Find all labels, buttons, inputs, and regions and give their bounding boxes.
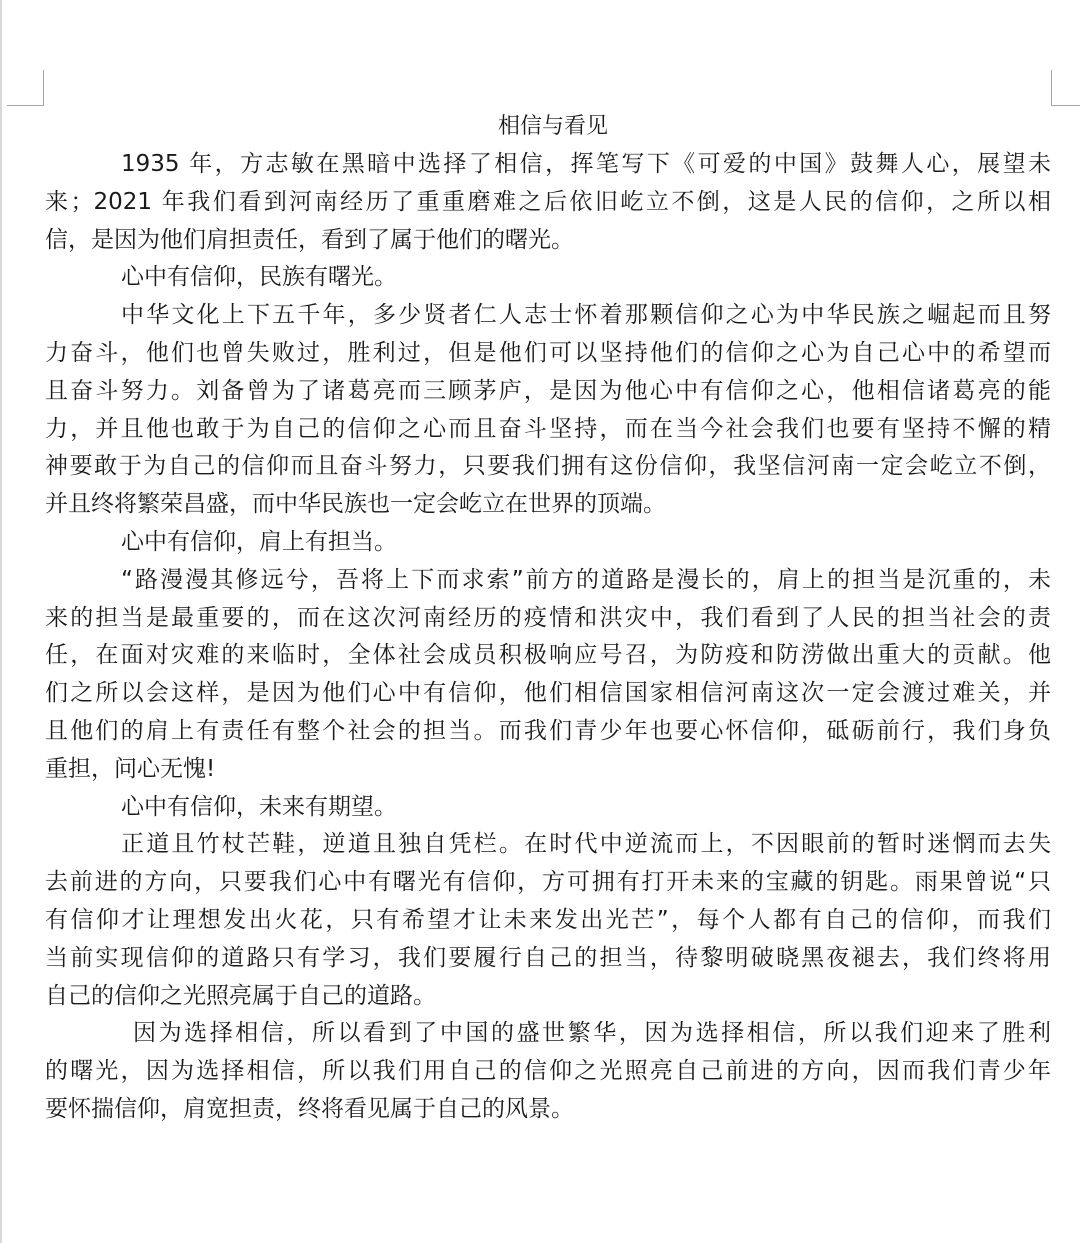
text-line: 神要敢于为自己的信仰而且奋斗努力，只要我们拥有这份信仰，我坚信河南一定会屹立不倒… xyxy=(45,448,1051,486)
text-line: 1935 年，方志敏在黑暗中选择了相信，挥笔写下《可爱的中国》鼓舞人心，展望未 xyxy=(45,146,1051,184)
text-line: 力奋斗，他们也曾失败过，胜利过，但是他们可以坚持他们的信仰之心为自己心中的希望而 xyxy=(45,335,1051,373)
document-body: 相信与看见 1935 年，方志敏在黑暗中选择了相信，挥笔写下《可爱的中国》鼓舞人… xyxy=(45,108,1051,1129)
text-line: 正道且竹杖芒鞋，逆道且独自凭栏。在时代中逆流而上，不因眼前的暂时迷惘而去失 xyxy=(45,826,1051,864)
paragraph-4: 正道且竹杖芒鞋，逆道且独自凭栏。在时代中逆流而上，不因眼前的暂时迷惘而去失 去前… xyxy=(45,826,1051,1015)
text-line: 来；2021 年我们看到河南经历了重重磨难之后依旧屹立不倒，这是人民的信仰，之所… xyxy=(45,184,1051,222)
paragraph-conclusion: 因为选择相信，所以看到了中国的盛世繁华，因为选择相信，所以我们迎来了胜利 的曙光… xyxy=(45,1015,1051,1128)
paragraph-heading-2: 心中有信仰，肩上有担当。 xyxy=(45,524,1051,562)
text-line: 因为选择相信，所以看到了中国的盛世繁华，因为选择相信，所以我们迎来了胜利 xyxy=(45,1015,1051,1053)
paragraph-heading-3: 心中有信仰，未来有期望。 xyxy=(45,789,1051,827)
text-line: 心中有信仰，未来有期望。 xyxy=(45,789,1051,827)
text-line: 来的担当是最重要的，而在这次河南经历的疫情和洪灾中，我们看到了人民的担当社会的责 xyxy=(45,600,1051,638)
text-line: 有信仰才让理想发出火花，只有希望才让未来发出光芒”，每个人都有自己的信仰，而我们 xyxy=(45,902,1051,940)
text-line: 当前实现信仰的道路只有学习，我们要履行自己的担当，待黎明破晓黑夜褪去，我们终将用 xyxy=(45,940,1051,978)
paragraph-2: 中华文化上下五千年，多少贤者仁人志士怀着那颗信仰之心为中华民族之崛起而且努 力奋… xyxy=(45,297,1051,524)
text-line: 并且终将繁荣昌盛，而中华民族也一定会屹立在世界的顶端。 xyxy=(45,486,1051,524)
text-line: 去前进的方向，只要我们心中有曙光有信仰，方可拥有打开未来的宝藏的钥匙。雨果曾说“… xyxy=(45,864,1051,902)
text-line: 们之所以会这样，是因为他们心中有信仰，他们相信国家相信河南这次一定会渡过难关，并 xyxy=(45,675,1051,713)
text-line: 中华文化上下五千年，多少贤者仁人志士怀着那颗信仰之心为中华民族之崛起而且努 xyxy=(45,297,1051,335)
text-line: 力，并且他也敢于为自己的信仰之心而且奋斗坚持，而在当今社会我们也要有坚持不懈的精 xyxy=(45,411,1051,449)
text-line: 且他们的肩上有责任有整个社会的担当。而我们青少年也要心怀信仰，砥砺前行，我们身负 xyxy=(45,713,1051,751)
text-line: 自己的信仰之光照亮属于自己的道路。 xyxy=(45,978,1051,1016)
document-title: 相信与看见 xyxy=(55,108,1051,146)
text-line: 心中有信仰，肩上有担当。 xyxy=(45,524,1051,562)
margin-corner-mark-top-right xyxy=(1051,70,1080,106)
text-line: “路漫漫其修远兮，吾将上下而求索”前方的道路是漫长的，肩上的担当是沉重的，未 xyxy=(45,562,1051,600)
text-line: 任，在面对灾难的来临时，全体社会成员积极响应号召，为防疫和防涝做出重大的贡献。他 xyxy=(45,637,1051,675)
paragraph-heading-1: 心中有信仰，民族有曙光。 xyxy=(45,259,1051,297)
text-line: 心中有信仰，民族有曙光。 xyxy=(45,259,1051,297)
margin-corner-mark-top-left xyxy=(7,70,44,106)
paragraph-3: “路漫漫其修远兮，吾将上下而求索”前方的道路是漫长的，肩上的担当是沉重的，未 来… xyxy=(45,562,1051,789)
page-left-edge xyxy=(0,0,2,1243)
text-line: 重担，问心无愧! xyxy=(45,751,1051,789)
text-line: 要怀揣信仰，肩宽担责，终将看见属于自己的风景。 xyxy=(45,1091,1051,1129)
text-line: 的曙光，因为选择相信，所以我们用自己的信仰之光照亮自己前进的方向，因而我们青少年 xyxy=(45,1053,1051,1091)
text-line: 信，是因为他们肩担责任，看到了属于他们的曙光。 xyxy=(45,222,1051,260)
paragraph-1: 1935 年，方志敏在黑暗中选择了相信，挥笔写下《可爱的中国》鼓舞人心，展望未 … xyxy=(45,146,1051,259)
text-line: 且奋斗努力。刘备曾为了诸葛亮而三顾茅庐，是因为他心中有信仰之心，他相信诸葛亮的能 xyxy=(45,373,1051,411)
